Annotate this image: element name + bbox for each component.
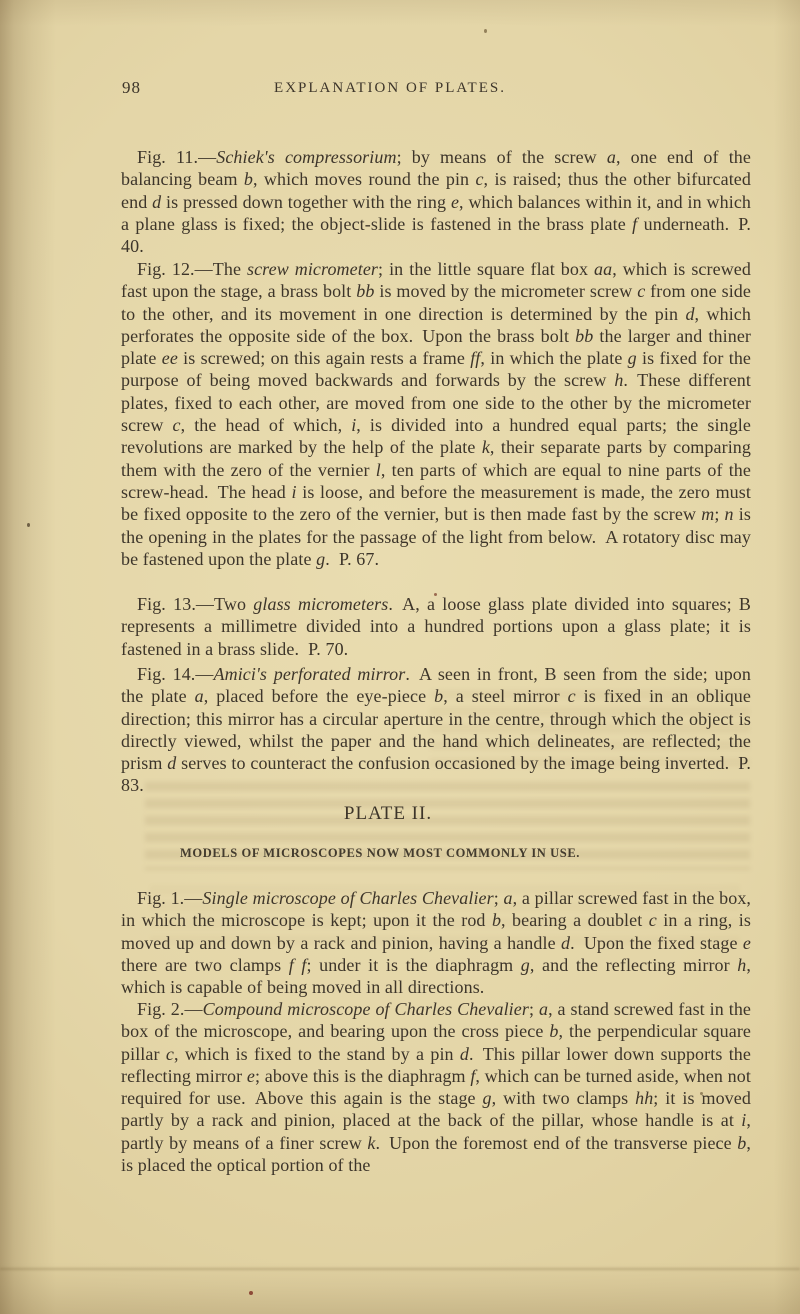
- figure-13-description: Fig. 13.—Two glass micrometers. A, a loo…: [121, 593, 751, 660]
- paper-speck: [249, 1291, 253, 1295]
- page-number: 98: [122, 78, 141, 98]
- paper-speck: [484, 29, 487, 33]
- plate2-figure-2-description: Fig. 2.—Compound microscope of Charles C…: [121, 998, 751, 1176]
- figure-11-description: Fig. 11.—Schiek's compressorium; by mean…: [121, 146, 751, 257]
- running-title: EXPLANATION OF PLATES.: [274, 80, 506, 97]
- page-bottom-crease: [0, 1268, 800, 1270]
- plate2-figure-1-description: Fig. 1.—Single microscope of Charles Che…: [121, 887, 751, 998]
- book-page: 98 EXPLANATION OF PLATES. Fig. 11.—Schie…: [0, 0, 800, 1314]
- paper-speck: [27, 523, 30, 527]
- figure-14-description: Fig. 14.—Amici's perforated mirror. A se…: [121, 663, 751, 797]
- figure-12-description: Fig. 12.—The screw micrometer; in the li…: [121, 258, 751, 570]
- plate-2-heading: PLATE II.: [344, 803, 432, 825]
- plate-2-subheading: MODELS OF MICROSCOPES NOW MOST COMMONLY …: [180, 846, 580, 861]
